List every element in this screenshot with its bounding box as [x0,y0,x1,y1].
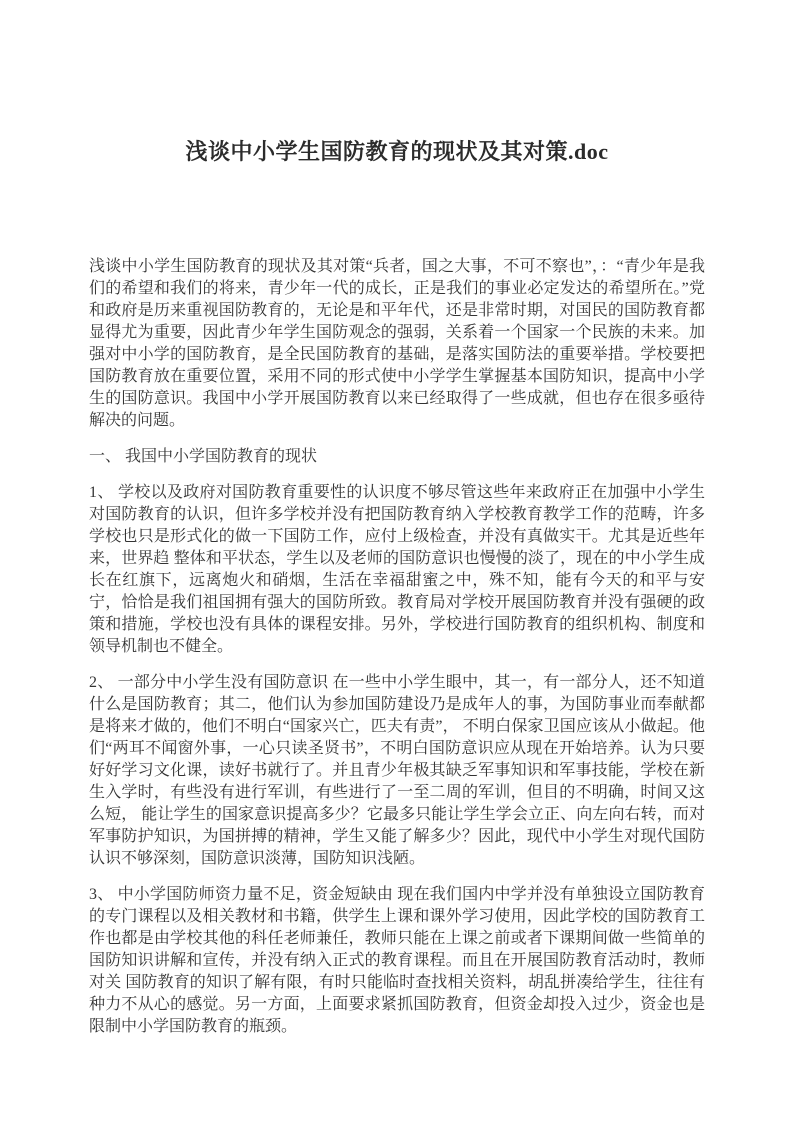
paragraph-point-1: 1、 学校以及政府对国防教育重要性的认识度不够尽管这些年来政府正在加强中小学生对… [89,482,705,658]
document-page: 浅谈中小学生国防教育的现状及其对策.doc 浅谈中小学生国防教育的现状及其对策“… [0,0,793,1122]
document-title: 浅谈中小学生国防教育的现状及其对策.doc [89,136,705,168]
paragraph-point-3: 3、 中小学国防师资力量不足，资金短缺由 现在我们国内中学并没有单独设立国防教育… [89,884,705,1038]
section-heading-current-status: 一、 我国中小学国防教育的现状 [89,446,705,468]
paragraph-intro: 浅谈中小学生国防教育的现状及其对策“兵者，国之大事，不可不察也”，：“青少年是我… [89,256,705,432]
paragraph-point-2: 2、 一部分中小学生没有国防意识 在一些中小学生眼中，其一，有一部分人，还不知道… [89,672,705,870]
